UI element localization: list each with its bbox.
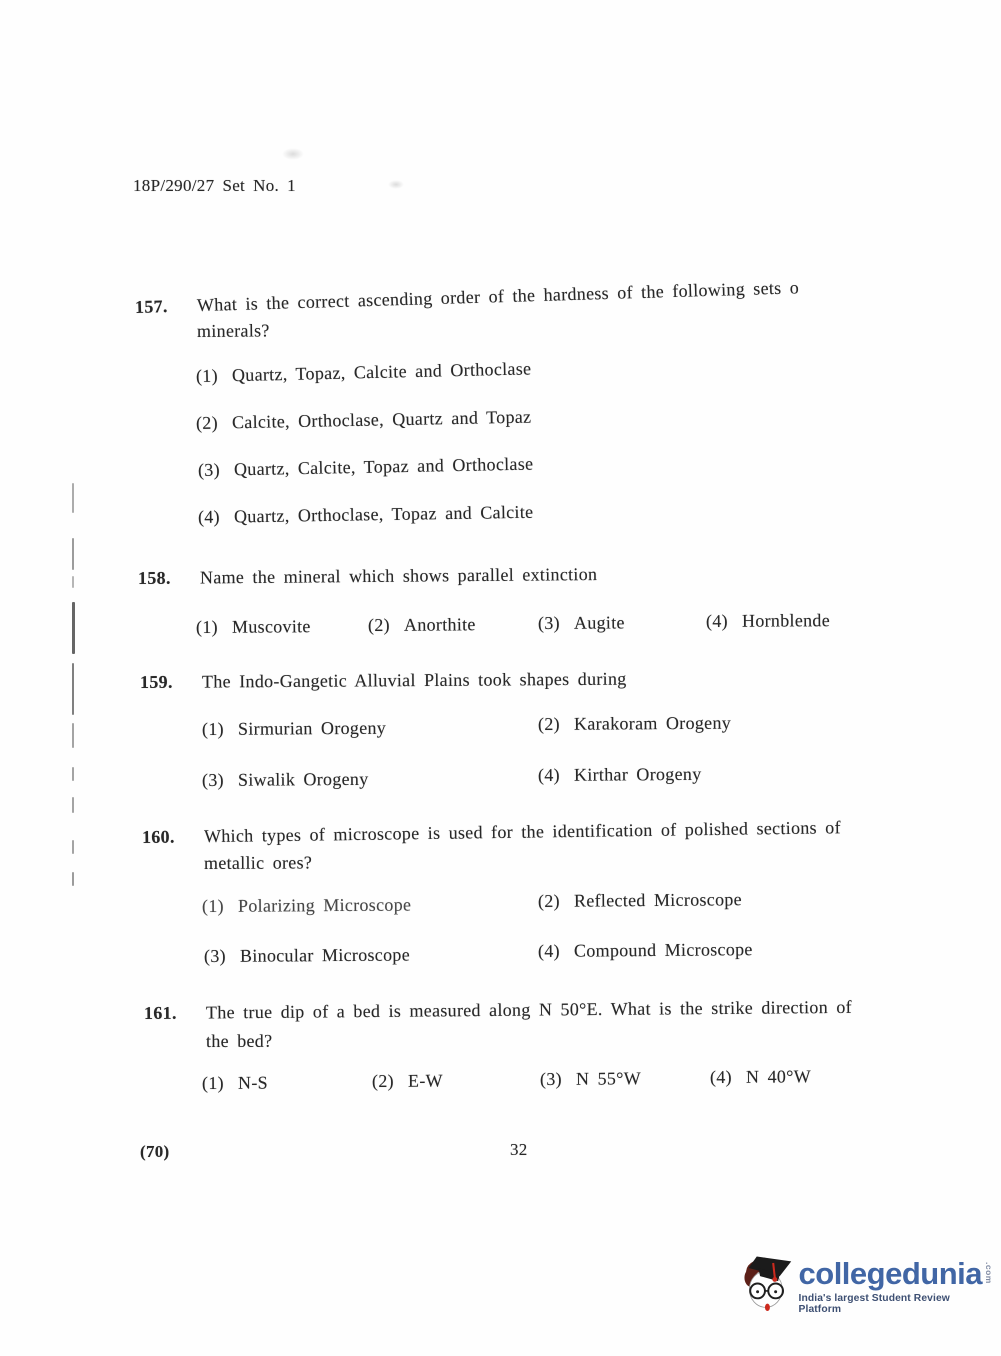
option-label: (2) (538, 891, 574, 912)
option-text: N-S (238, 1073, 268, 1094)
question-text: the bed? (206, 1031, 272, 1052)
margin-mark (72, 767, 74, 781)
option-label: (4) (538, 765, 574, 786)
option-label: (4) (706, 611, 742, 632)
option-label: (2) (368, 615, 404, 636)
option-label: (1) (202, 896, 238, 917)
question-text: The true dip of a bed is measured along … (206, 997, 852, 1024)
scan-artifact (282, 148, 304, 160)
margin-mark (72, 663, 74, 715)
exam-code: 18P/290/27 Set No. 1 (133, 176, 296, 196)
option-text: Reflected Microscope (574, 889, 742, 911)
margin-mark (72, 483, 74, 513)
option-text: Quartz, Orthoclase, Topaz and Calcite (234, 502, 534, 528)
margin-mark (72, 872, 74, 886)
option-text: Polarizing Microscope (238, 895, 411, 917)
option-text: Muscovite (232, 616, 311, 638)
page-number: 32 (510, 1140, 528, 1160)
question-text: Which types of microscope is used for th… (204, 817, 841, 847)
option-text: Quartz, Calcite, Topaz and Orthoclase (234, 454, 534, 481)
question-number: 160. (142, 826, 204, 848)
margin-mark (72, 602, 75, 654)
question-text: minerals? (197, 320, 270, 342)
question-text: metallic ores? (204, 852, 312, 874)
mascot-icon (742, 1246, 795, 1326)
margin-mark (72, 576, 74, 588)
option-text: Binocular Microscope (240, 945, 410, 967)
option-text: Compound Microscope (574, 939, 753, 962)
question-text: The Indo-Gangetic Alluvial Plains took s… (202, 669, 627, 693)
margin-mark (72, 797, 74, 813)
option-text: Quartz, Topaz, Calcite and Orthoclase (232, 358, 532, 386)
option-label: (2) (538, 714, 574, 735)
option-label: (4) (710, 1067, 746, 1088)
margin-mark (72, 723, 74, 748)
option-label: (3) (538, 613, 574, 634)
scan-artifact (388, 180, 404, 189)
option-text: E-W (408, 1071, 443, 1092)
option-label: (3) (204, 946, 240, 967)
scanned-exam-page: 18P/290/27 Set No. 1 157. What is the co… (0, 0, 1001, 1356)
option-label: (2) (372, 1071, 408, 1092)
brand-name: collegedunia (799, 1258, 982, 1289)
option-label: (4) (198, 506, 234, 528)
option-text: N 55°W (576, 1068, 641, 1089)
option-label: (2) (196, 412, 232, 434)
option-label: (3) (540, 1069, 576, 1090)
option-text: Sirmurian Orogeny (238, 718, 386, 740)
brand-domain: .com (984, 1262, 994, 1284)
option-label: (1) (196, 365, 232, 387)
question-number: 159. (140, 672, 202, 693)
option-label: (3) (202, 770, 238, 791)
option-text: Anorthite (404, 614, 476, 635)
option-label: (1) (202, 719, 238, 740)
margin-mark (72, 538, 74, 570)
option-text: Karakoram Orogeny (574, 713, 731, 735)
brand-tagline: India's largest Student Review Platform (799, 1293, 994, 1315)
question-number: 158. (138, 567, 200, 589)
option-label: (3) (198, 459, 234, 481)
option-text: Siwalik Orogeny (238, 769, 369, 791)
question-text: Name the mineral which shows parallel ex… (200, 564, 597, 588)
option-label: (4) (538, 941, 574, 962)
option-text: Kirthar Orogeny (574, 764, 702, 786)
option-label: (1) (202, 1073, 238, 1094)
sheet-number: (70) (140, 1142, 170, 1162)
option-text: Augite (574, 612, 625, 633)
option-text: N 40°W (746, 1066, 811, 1087)
question-text: What is the correct ascending order of t… (197, 277, 800, 316)
option-label: (1) (196, 617, 232, 638)
option-text: Calcite, Orthoclase, Quartz and Topaz (232, 407, 532, 434)
question-number: 161. (144, 1002, 206, 1024)
question-number: 157. (135, 295, 198, 318)
option-text: Hornblende (742, 610, 830, 632)
margin-mark (72, 840, 74, 854)
collegedunia-logo: collegedunia .com India's largest Studen… (742, 1246, 994, 1332)
